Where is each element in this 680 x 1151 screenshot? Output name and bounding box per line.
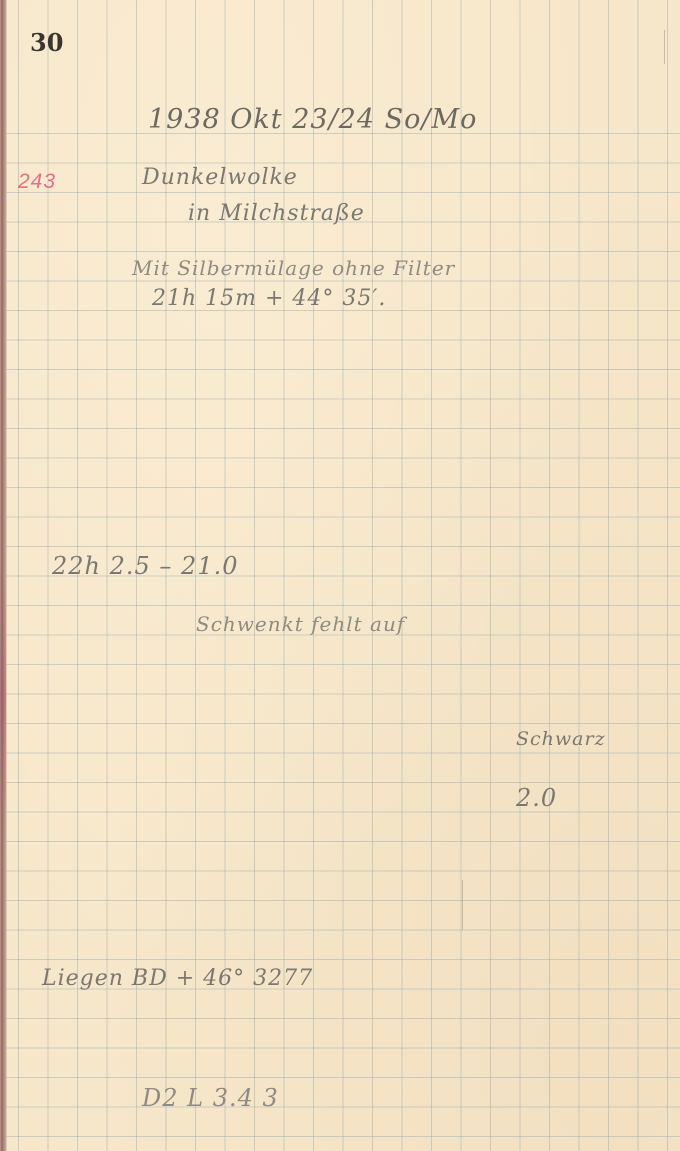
notebook-page: 30 243 1938 Okt 23/24 So/Mo Dunkelwolke … <box>0 0 680 1151</box>
object-line-2: in Milchstraße <box>188 201 365 226</box>
pencil-mark <box>664 30 665 64</box>
binding-stain <box>0 560 6 840</box>
bottom-line: D2 L 3.4 3 <box>142 1084 279 1112</box>
date-line: 1938 Okt 23/24 So/Mo <box>148 104 477 135</box>
object-line-1: Dunkelwolke <box>142 165 298 190</box>
right-note-1: Schwarz <box>516 728 606 750</box>
entry-number: 243 <box>18 170 56 194</box>
time-line: 22h 2.5 – 21.0 <box>52 552 239 580</box>
reference-line: Liegen BD + 46° 3277 <box>42 966 313 991</box>
page-number: 30 <box>30 28 63 57</box>
note-line: Schwenkt fehlt auf <box>196 612 405 636</box>
pencil-mark <box>462 880 463 930</box>
right-note-2: 2.0 <box>516 784 557 812</box>
position-line: 21h 15m + 44° 35′. <box>152 286 386 311</box>
instrument-line: Mit Silbermülage ohne Filter <box>132 256 455 280</box>
